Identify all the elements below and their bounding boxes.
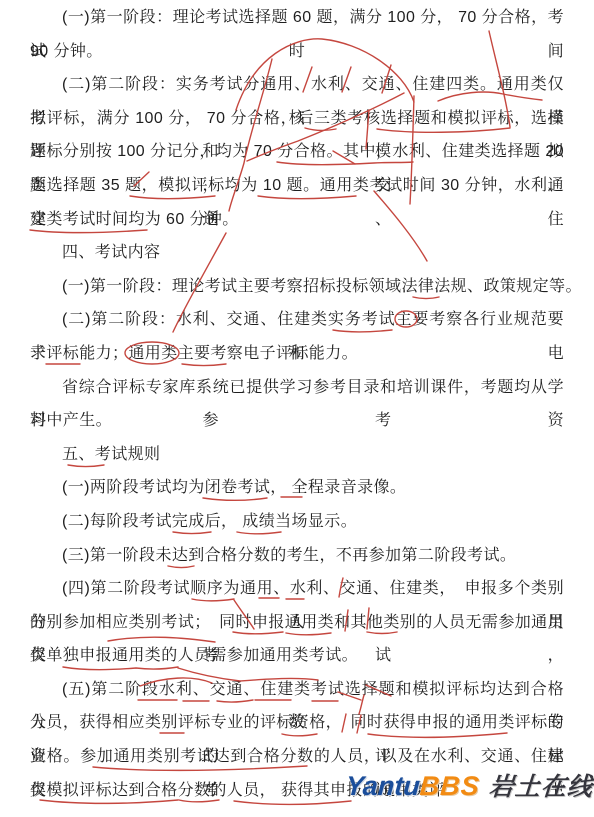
watermark-yantu: Yantu [345, 771, 421, 802]
document-page: (一)第一阶段：理论考试选择题 60 题，满分 100 分， 70 分合格，考试… [0, 0, 594, 817]
text-line-10: (二)第二阶段：水利、交通、住建类实务考试主要考察各行业规范要求和电 [30, 303, 564, 337]
text-line-3: (二)第二阶段：实务考试分通用、水利、交通、住建四类。通用类仅考核模 [30, 68, 564, 102]
text-line-6: 类选择题 35 题，模拟评标均为 10 题。通用类考试时间 30 分钟，水利、交… [30, 169, 564, 203]
watermark-bbs: BBS [419, 771, 481, 802]
text-line-12: 省综合评标专家库系统已提供学习参考目录和培训课件，考题均从学习参考资 [30, 371, 564, 405]
text-line-5: 评标分别按 100 分记分，均为 70 分合格。其中，水利、住建类选择题 20 … [30, 135, 564, 169]
text-line-16: (二)每阶段考试完成后， 成绩当场显示。 [30, 505, 564, 539]
watermark-cn: 岩土在线 [488, 767, 594, 803]
text-line-19: 分别参加相应类别考试； 同时申报通用类和其他类别的人员无需参加通用类考试， [30, 606, 564, 640]
text-line-4: 拟评标，满分 100 分， 70 分合格，后三类考核选择题和模拟评标，选择题和模… [30, 102, 564, 136]
text-line-8: 四、考试内容 [30, 236, 564, 270]
document-body: (一)第一阶段：理论考试选择题 60 题，满分 100 分， 70 分合格，考试… [30, 1, 564, 807]
text-line-21: (五)第二阶段水利、交通、住建类考试选择题和模拟评标均达到合格分数的 [30, 673, 564, 707]
text-line-1: (一)第一阶段：理论考试选择题 60 题，满分 100 分， 70 分合格，考试… [30, 1, 564, 35]
text-line-17: (三)第一阶段未达到合格分数的考生，不再参加第二阶段考试。 [30, 539, 564, 573]
text-line-9: (一)第一阶段：理论考试主要考察招标投标领域法律法规、政策规定等。 [30, 270, 564, 304]
watermark: YantuBBS岩土在线 [345, 767, 594, 803]
text-line-18: (四)第二阶段考试顺序为通用、水利、交通、住建类， 申报多个类别的人员 [30, 572, 564, 606]
text-line-14: 五、考试规则 [30, 438, 564, 472]
text-line-22: 人员，获得相应类别评标专业的评标资格， 同时获得申报的通用类评标专业的评标 [30, 706, 564, 740]
text-line-15: (一)两阶段考试均为闭卷考试， 全程录音录像。 [30, 471, 564, 505]
